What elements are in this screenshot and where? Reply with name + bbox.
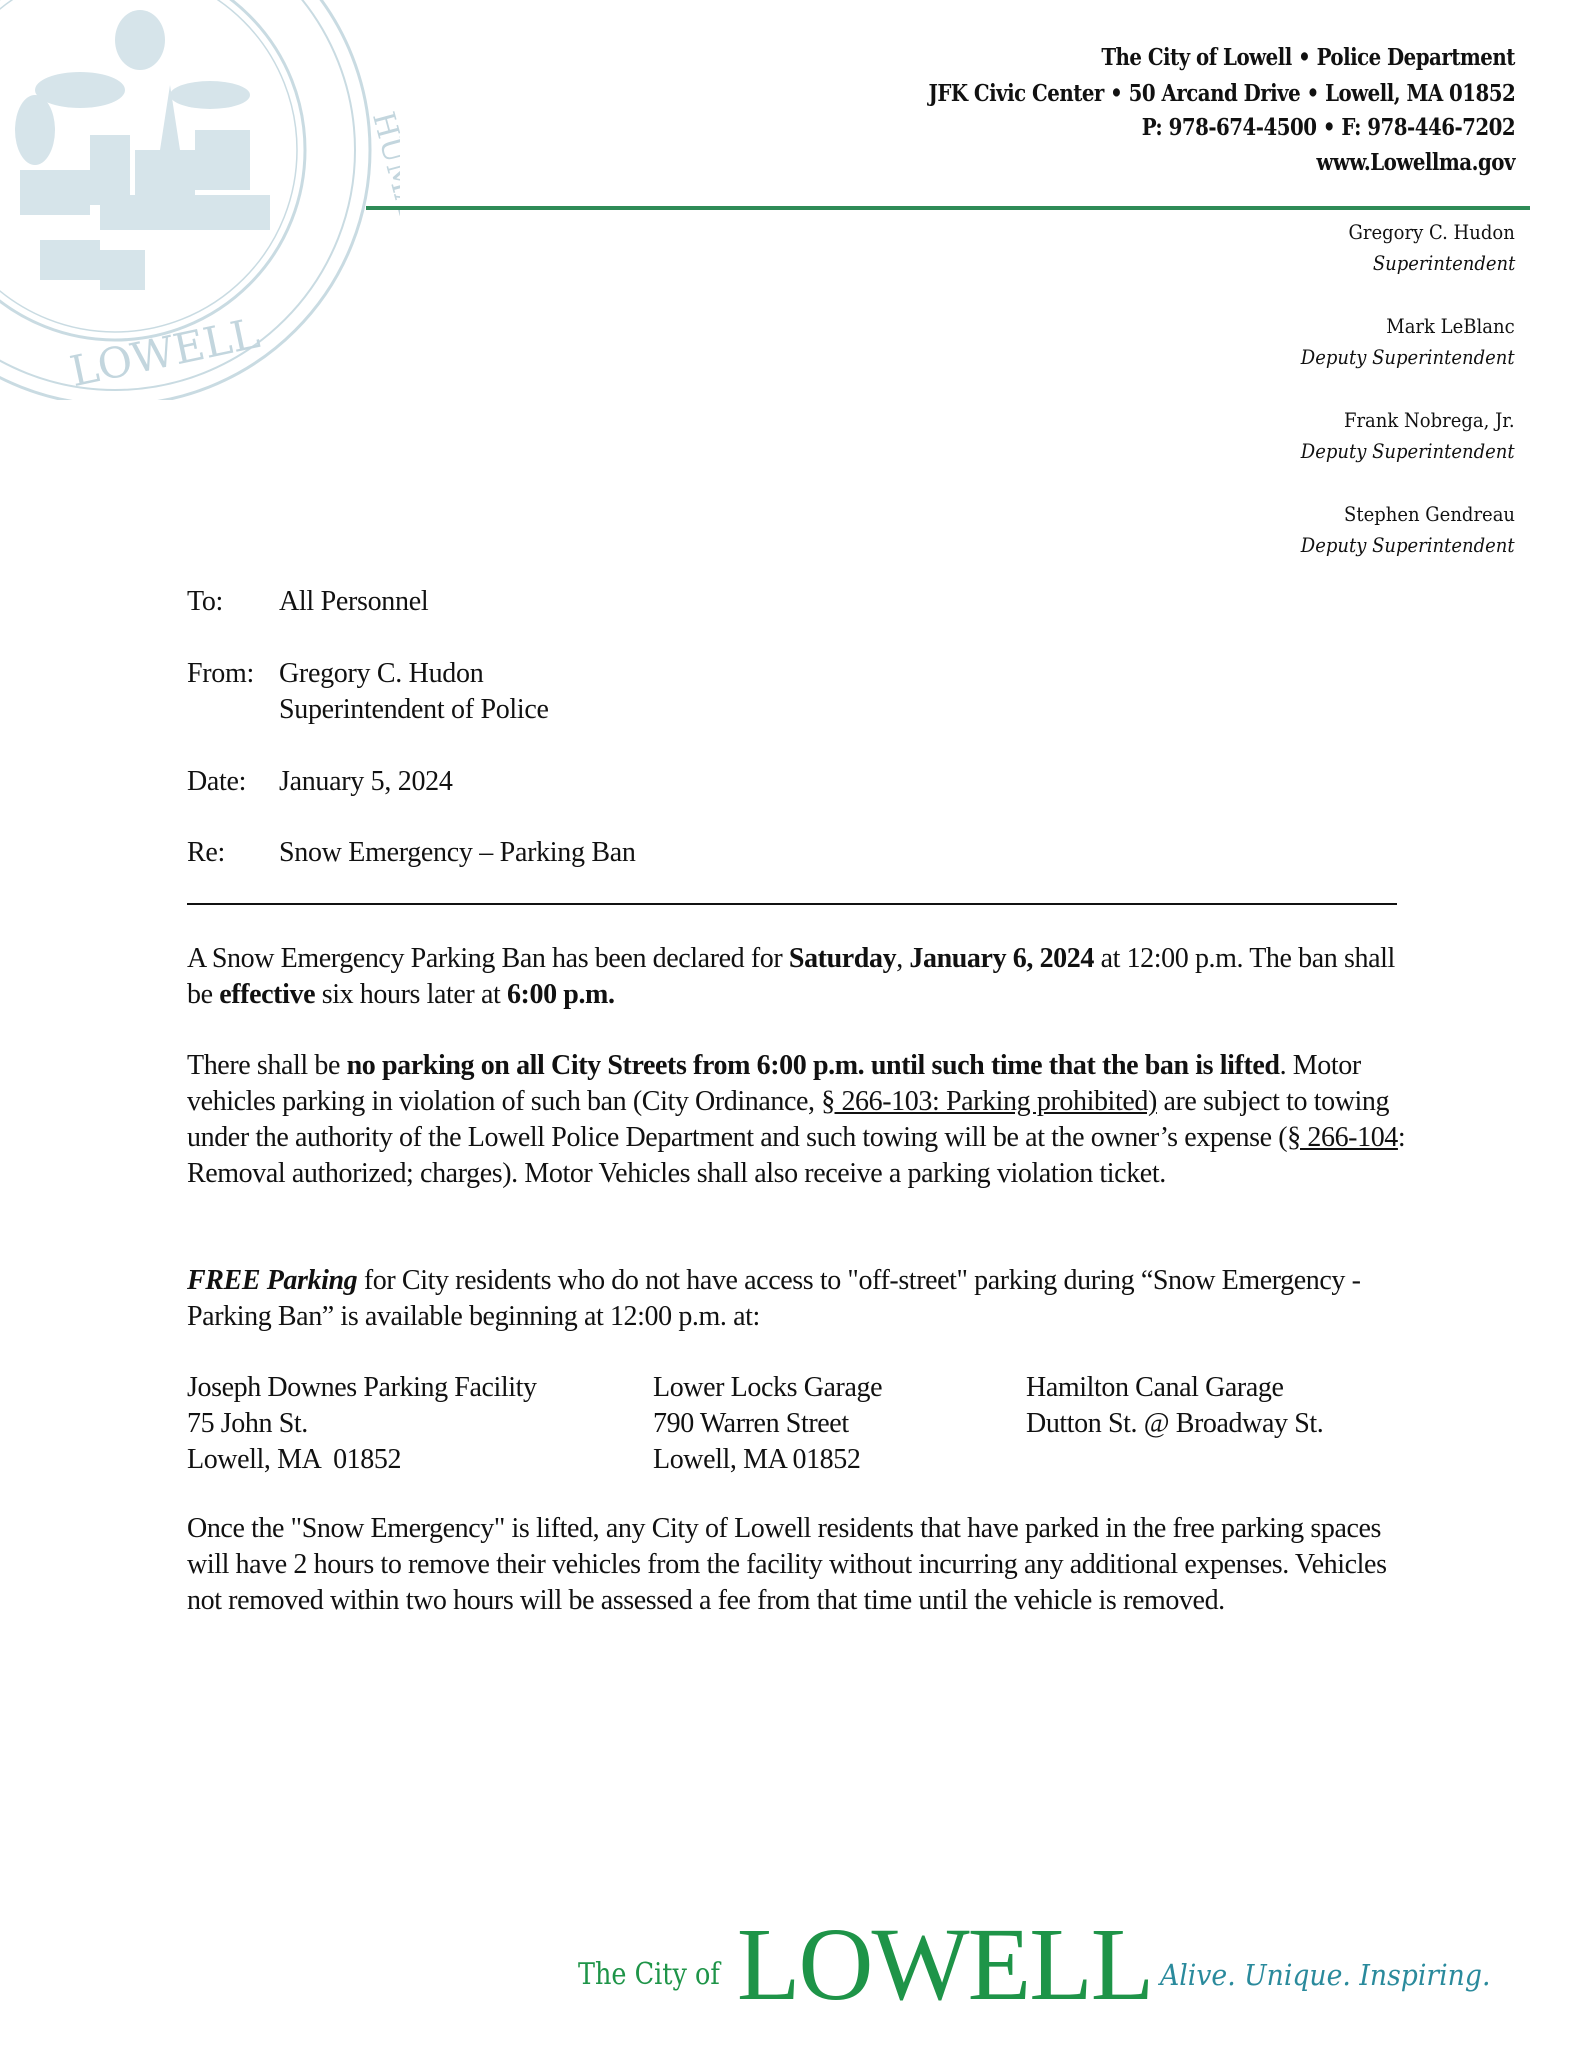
- location-name: Joseph Downes Parking Facility: [187, 1370, 537, 1406]
- city-seal-logo: LOWELL HUMAN GOOD: [0, 0, 400, 400]
- location-lower-locks: Lower Locks Garage 790 Warren Street Low…: [653, 1370, 882, 1478]
- paragraph-parking-restriction: There shall be no parking on all City St…: [187, 1048, 1407, 1192]
- paragraph-free-parking: FREE Parking for City residents who do n…: [187, 1263, 1407, 1335]
- official-title: Superintendent: [1372, 251, 1515, 275]
- letterhead-website: www.Lowellma.gov: [1316, 149, 1515, 176]
- letterhead-address: JFK Civic Center • 50 Arcand Drive • Low…: [928, 80, 1515, 107]
- official-name: Gregory C. Hudon: [1349, 220, 1515, 244]
- letterhead-divider: [366, 206, 1530, 210]
- letterhead-phone-fax: P: 978-674-4500 • F: 978-446-7202: [1142, 114, 1515, 141]
- footer-prefix: The City of: [578, 1957, 720, 1992]
- paragraph-declaration: A Snow Emergency Parking Ban has been de…: [187, 941, 1407, 1013]
- memo-to-label: To:: [187, 586, 223, 618]
- ordinance-link-266-104[interactable]: § 266-104: [1287, 1122, 1398, 1153]
- location-city: Lowell, MA 01852: [187, 1442, 537, 1478]
- memo-re-label: Re:: [187, 837, 225, 869]
- letterhead-department: The City of Lowell • Police Department: [1101, 44, 1515, 71]
- memo-date: January 5, 2024: [279, 766, 453, 798]
- official-name: Stephen Gendreau: [1344, 502, 1515, 526]
- official-name: Mark LeBlanc: [1387, 314, 1515, 338]
- memo-date-label: Date:: [187, 766, 246, 798]
- memo-from-name: Gregory C. Hudon: [279, 658, 483, 690]
- memo-from-label: From:: [187, 658, 254, 690]
- official-name: Frank Nobrega, Jr.: [1344, 408, 1515, 432]
- memo-subject: Snow Emergency – Parking Ban: [279, 837, 636, 869]
- ordinance-link-266-103[interactable]: § 266-103: Parking prohibited): [821, 1086, 1157, 1117]
- official-title: Deputy Superintendent: [1301, 439, 1515, 463]
- location-name: Hamilton Canal Garage: [1026, 1370, 1323, 1406]
- footer-city-name: LOWELL: [737, 1920, 1152, 2010]
- location-street: Dutton St. @ Broadway St.: [1026, 1406, 1323, 1442]
- memo-to: All Personnel: [279, 586, 428, 618]
- official-title: Deputy Superintendent: [1301, 533, 1515, 557]
- official-title: Deputy Superintendent: [1301, 345, 1515, 369]
- location-name: Lower Locks Garage: [653, 1370, 882, 1406]
- svg-text:LOWELL: LOWELL: [66, 308, 264, 396]
- footer-tagline: Alive. Unique. Inspiring.: [1160, 1958, 1490, 1992]
- location-hamilton-canal: Hamilton Canal Garage Dutton St. @ Broad…: [1026, 1370, 1323, 1442]
- memo-divider: [187, 903, 1397, 905]
- paragraph-after-lift: Once the "Snow Emergency" is lifted, any…: [187, 1511, 1407, 1619]
- location-street: 790 Warren Street: [653, 1406, 882, 1442]
- memo-from-title: Superintendent of Police: [279, 694, 549, 726]
- footer-logo: The City of LOWELL Alive. Unique. Inspir…: [578, 1900, 1519, 2010]
- location-street: 75 John St.: [187, 1406, 537, 1442]
- location-joseph-downes: Joseph Downes Parking Facility 75 John S…: [187, 1370, 537, 1478]
- location-city: Lowell, MA 01852: [653, 1442, 882, 1478]
